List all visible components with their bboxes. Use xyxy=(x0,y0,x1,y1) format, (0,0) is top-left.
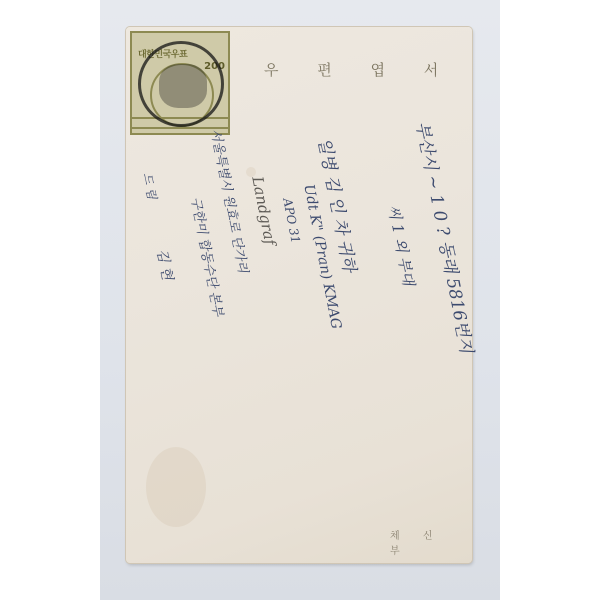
handwriting-line: 씨 1 외 부대 xyxy=(383,203,419,287)
postmark-icon xyxy=(138,41,224,127)
postcard: 대한민국우표 200 우 편 엽 서 부산시 ~ 1 0 ? 동래 5816번지… xyxy=(126,27,472,563)
postcard-title: 우 편 엽 서 xyxy=(264,59,455,80)
handwriting-signature: Landgraf xyxy=(248,175,279,247)
postage-stamp: 대한민국우표 200 xyxy=(130,31,230,135)
postcard-issuer: 체 신 부 xyxy=(390,527,472,557)
stain xyxy=(146,447,206,527)
handwriting-line: APO 31 xyxy=(280,197,302,245)
handwriting-line: 드 림 xyxy=(139,171,161,201)
handwriting-line: 부산시 ~ 1 0 ? 동래 5816번지 xyxy=(411,119,481,355)
handwriting-line: 김 현 xyxy=(152,247,178,282)
stain xyxy=(246,167,256,177)
